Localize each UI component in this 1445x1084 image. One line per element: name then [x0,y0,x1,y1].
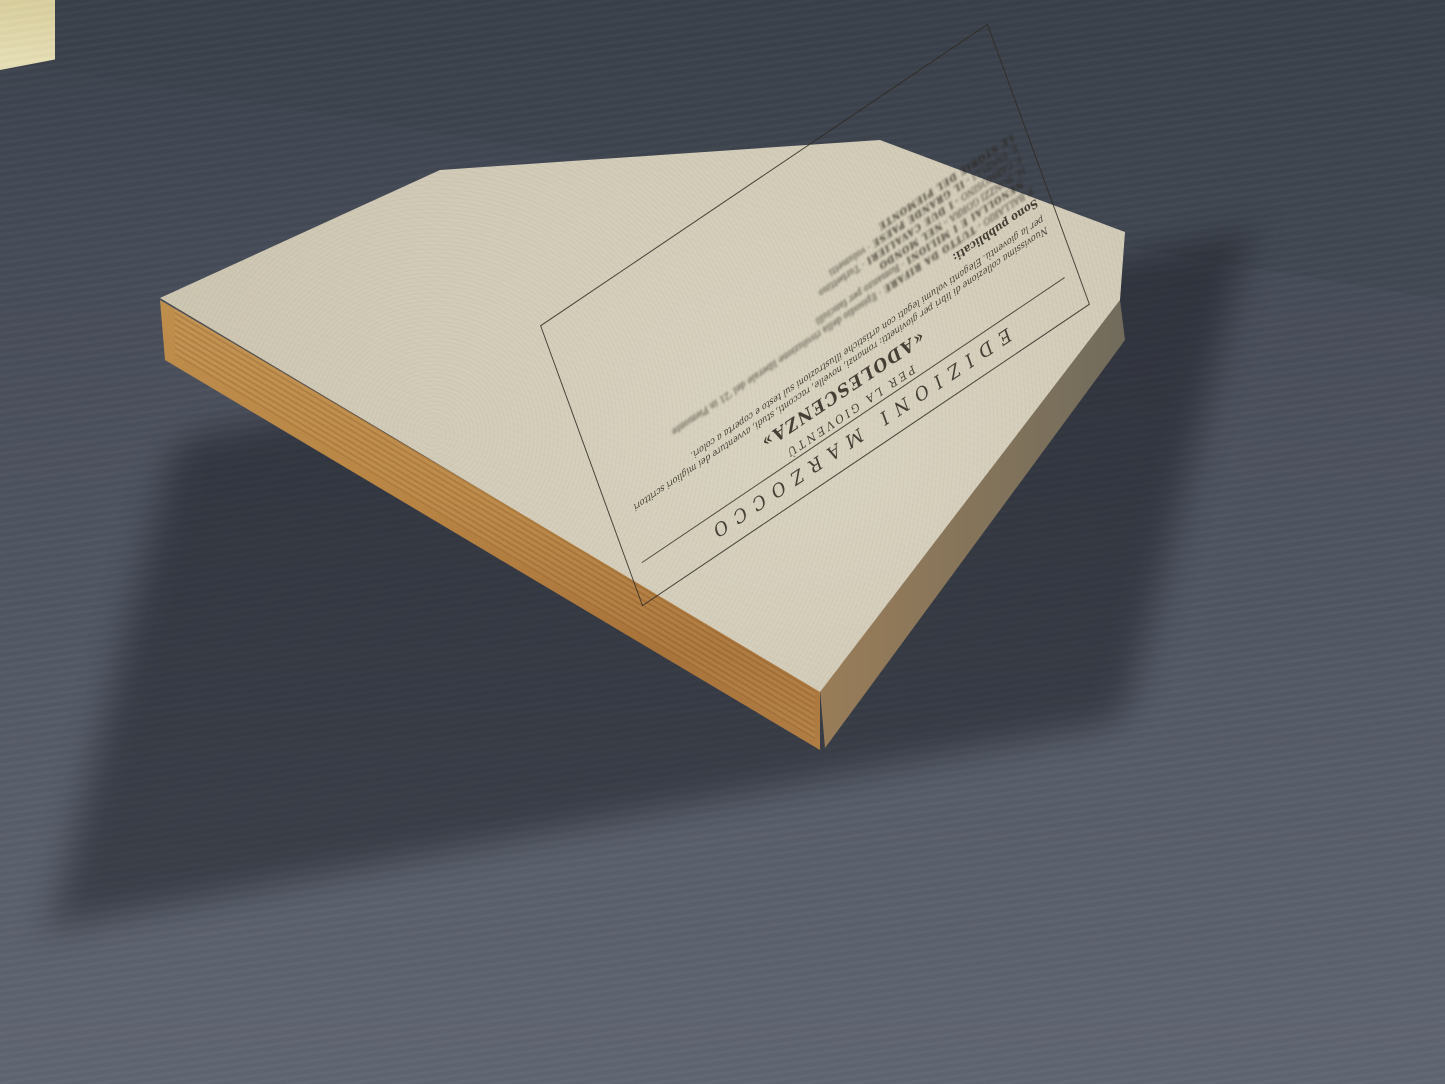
lit-wall-corner [0,0,55,70]
